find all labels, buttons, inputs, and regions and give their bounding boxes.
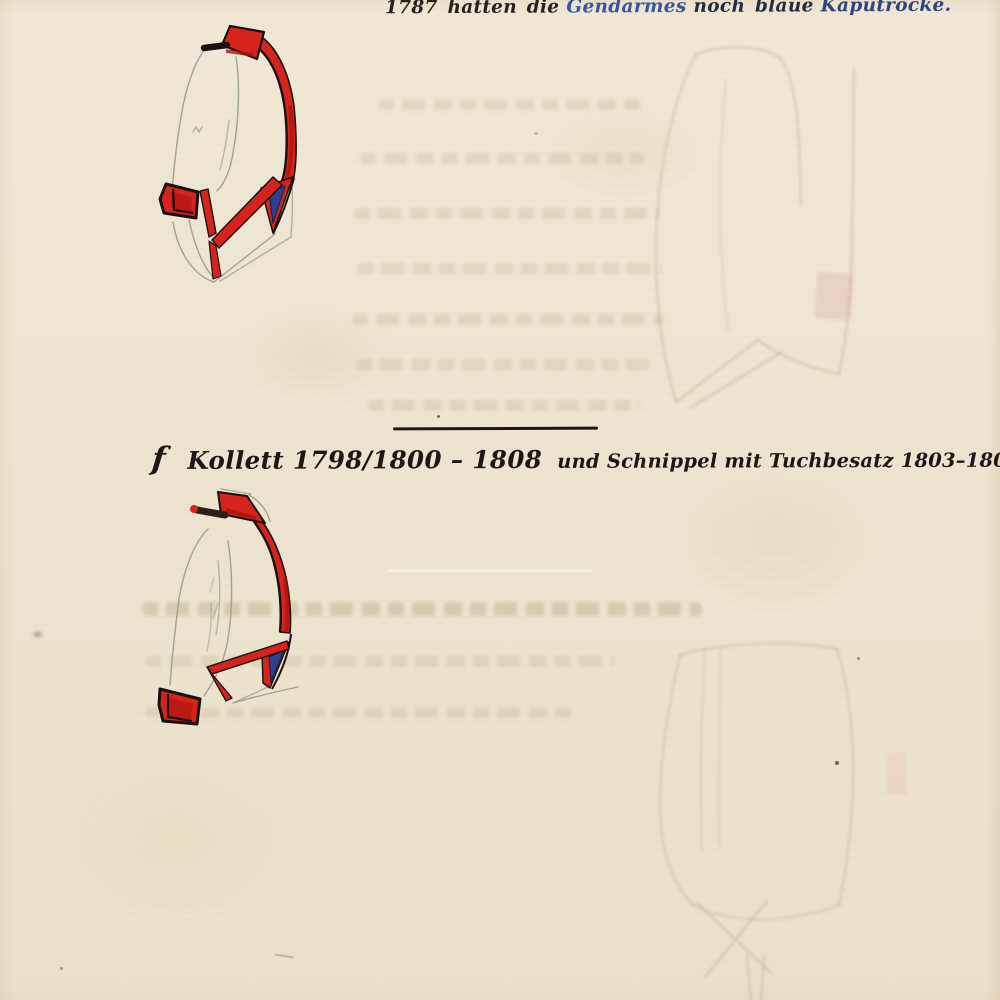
paper-stain [70, 760, 280, 910]
red-front-trim [251, 517, 291, 633]
red-cuff [159, 689, 200, 724]
strap-button [190, 505, 198, 513]
scanned-manuscript-page: 1787 hatten dieGendarmesnoch blaueKaputr… [0, 0, 1000, 1000]
section-divider-rule [393, 427, 598, 431]
bleedthrough-red-cuff-hint [814, 272, 853, 320]
section-title-sub: und Schnippel mit Tuchbesatz 1803–1807. [557, 449, 1000, 473]
bleedthrough-jacket-outline-upper [630, 40, 890, 430]
pencil-stray-line [275, 954, 294, 959]
bleedthrough-red-cuff-hint [887, 753, 907, 795]
shoulder-strap [197, 510, 225, 515]
bleedthrough-jacket-outline-lower [635, 635, 935, 1000]
bleedthrough-text-line [357, 263, 662, 274]
bleedthrough-text-line [354, 208, 660, 219]
pencil-smudge [31, 630, 44, 639]
caption-segment: Gendarmes [566, 0, 686, 17]
caption-segment: noch blaue [693, 0, 813, 17]
red-front-trim [253, 34, 296, 185]
caption-segment: 1787 hatten die [385, 0, 559, 18]
handwritten-caption: 1787 hatten dieGendarmesnoch blaueKaputr… [385, 0, 958, 18]
red-cuff [160, 184, 198, 218]
ink-speck [835, 761, 839, 765]
red-tail-trim [200, 177, 282, 279]
rust-speck [534, 132, 538, 135]
bleedthrough-text-line [378, 99, 646, 110]
caption-segment: Kaputröcke. [821, 0, 952, 16]
red-collar [190, 492, 265, 523]
rust-speck [857, 657, 860, 660]
rust-speck [60, 967, 63, 970]
section-index-letter: f [150, 441, 167, 477]
kollett-illustration-lower [148, 483, 300, 748]
kollett-illustration-upper [145, 20, 305, 305]
bleedthrough-text-line [368, 400, 640, 411]
section-title-main: Kollett 1798/1800 – 1808 [187, 445, 542, 475]
bleedthrough-divider-rule [388, 569, 592, 572]
red-collar [204, 26, 264, 59]
ink-speck [437, 415, 440, 418]
bleedthrough-text-line [360, 153, 645, 164]
bleedthrough-text-line [356, 359, 659, 370]
bleedthrough-text-line [352, 314, 664, 325]
paper-stain [680, 470, 870, 600]
pencil-body-outline [172, 46, 292, 282]
section-heading: f Kollett 1798/1800 – 1808 und Schnippel… [152, 439, 892, 483]
shoulder-strap [204, 45, 227, 48]
